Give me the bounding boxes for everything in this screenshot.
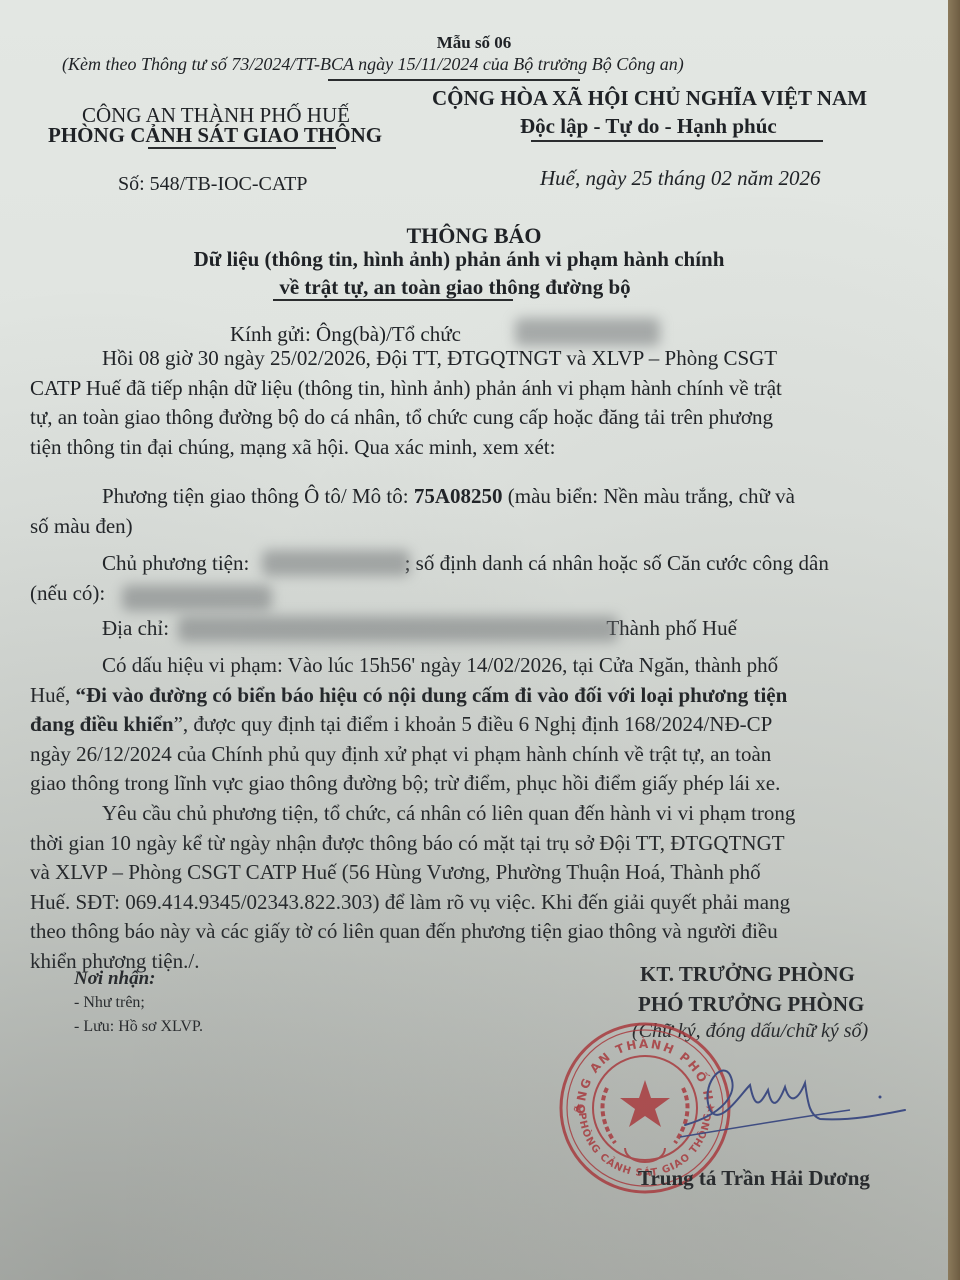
document-page: Mẫu số 06 (Kèm theo Thông tư số 73/2024/…	[0, 0, 948, 1280]
redacted-address	[178, 616, 618, 642]
place-date: Huế, ngày 25 tháng 02 năm 2026	[540, 166, 821, 191]
redacted-owner-name	[262, 550, 410, 576]
plate-description-2: số màu đen)	[30, 512, 795, 542]
request-paragraph: Yêu cầu chủ phương tiện, tổ chức, cá nhâ…	[30, 799, 795, 976]
attached-note: (Kèm theo Thông tư số 73/2024/TT-BCA ngà…	[62, 54, 684, 75]
recipients-heading: Nơi nhận:	[74, 968, 155, 990]
signer-title-2: PHÓ TRƯỞNG PHÒNG	[638, 992, 864, 1017]
document-subtitle-2: về trật tự, an toàn giao thông đường bộ	[0, 275, 910, 300]
document-number: Số: 548/TB-IOC-CATP	[118, 173, 307, 196]
vehicle-label: Phương tiện giao thông Ô tô/ Mô tô:	[102, 484, 414, 508]
text-line: tự, an toàn giao thông đường bộ do cá nh…	[30, 403, 782, 433]
text-line: ngày 26/12/2024 của Chính phủ quy định x…	[30, 740, 787, 770]
svg-text:★: ★	[573, 1101, 584, 1115]
signer-name: Trung tá Trần Hải Dương	[638, 1166, 870, 1191]
text-line: Có dấu hiệu vi phạm: Vào lúc 15h56' ngày…	[30, 651, 787, 681]
recipient-item: - Như trên;	[74, 994, 145, 1012]
divider	[148, 147, 336, 149]
nation-title: CỘNG HÒA XÃ HỘI CHỦ NGHĨA VIỆT NAM	[432, 86, 867, 111]
nation-motto: Độc lập - Tự do - Hạnh phúc	[520, 114, 777, 139]
table-surface	[948, 0, 960, 1280]
text-fragment: Huế,	[30, 683, 76, 707]
redacted-owner-id	[122, 585, 272, 611]
recipient-item: - Lưu: Hồ sơ XLVP.	[74, 1018, 203, 1036]
violation-paragraph: Có dấu hiệu vi phạm: Vào lúc 15h56' ngày…	[30, 651, 787, 799]
text-line: Yêu cầu chủ phương tiện, tổ chức, cá nhâ…	[30, 799, 795, 829]
text-line: tiện thông tin đại chúng, mạng xã hội. Q…	[30, 433, 782, 463]
text-line: CATP Huế đã tiếp nhận dữ liệu (thông tin…	[30, 374, 782, 404]
text-line: theo thông báo này và các giấy tờ có liê…	[30, 917, 795, 947]
text-line: thời gian 10 ngày kể từ ngày nhận được t…	[30, 829, 795, 859]
owner-id-label: ; số định danh cá nhân hoặc số Căn cước …	[405, 551, 829, 575]
divider	[531, 140, 823, 142]
text-line: và XLVP – Phòng CSGT CATP Huế (56 Hùng V…	[30, 858, 795, 888]
violation-description: “Đi vào đường có biển báo hiệu có nội du…	[76, 683, 788, 707]
intro-paragraph: Hồi 08 giờ 30 ngày 25/02/2026, Đội TT, Đ…	[30, 344, 782, 462]
text-line: Huế. SĐT: 069.414.9345/02343.822.303) để…	[30, 888, 795, 918]
address-label: Địa chỉ:	[102, 616, 174, 640]
divider	[273, 299, 513, 301]
owner-label: Chủ phương tiện:	[102, 551, 255, 575]
signer-title-1: KT. TRƯỞNG PHÒNG	[640, 962, 855, 987]
plate-description: (màu biển: Nền màu trắng, chữ và	[503, 484, 795, 508]
form-number: Mẫu số 06	[0, 33, 948, 53]
address-city: Thành phố Huế	[606, 616, 737, 640]
document-subtitle-1: Dữ liệu (thông tin, hình ảnh) phản ánh v…	[0, 247, 918, 272]
document-title: THÔNG BÁO	[0, 223, 948, 249]
violation-description-2: đang điều khiển	[30, 712, 174, 736]
text-line: giao thông trong lĩnh vực giao thông đườ…	[30, 769, 787, 799]
divider	[328, 79, 580, 81]
text-line: Hồi 08 giờ 30 ngày 25/02/2026, Đội TT, Đ…	[30, 344, 782, 374]
redacted-recipient	[515, 318, 660, 346]
department-name: PHÒNG CẢNH SÁT GIAO THÔNG	[48, 123, 382, 148]
owner-id-label-2: (nếu có):	[30, 581, 105, 605]
vehicle-paragraph: Phương tiện giao thông Ô tô/ Mô tô: 75A0…	[30, 482, 795, 541]
text-fragment: ”, được quy định tại điểm i khoản 5 điều…	[174, 712, 773, 736]
handwritten-signature-icon	[680, 1055, 910, 1145]
license-plate: 75A08250	[414, 484, 503, 508]
